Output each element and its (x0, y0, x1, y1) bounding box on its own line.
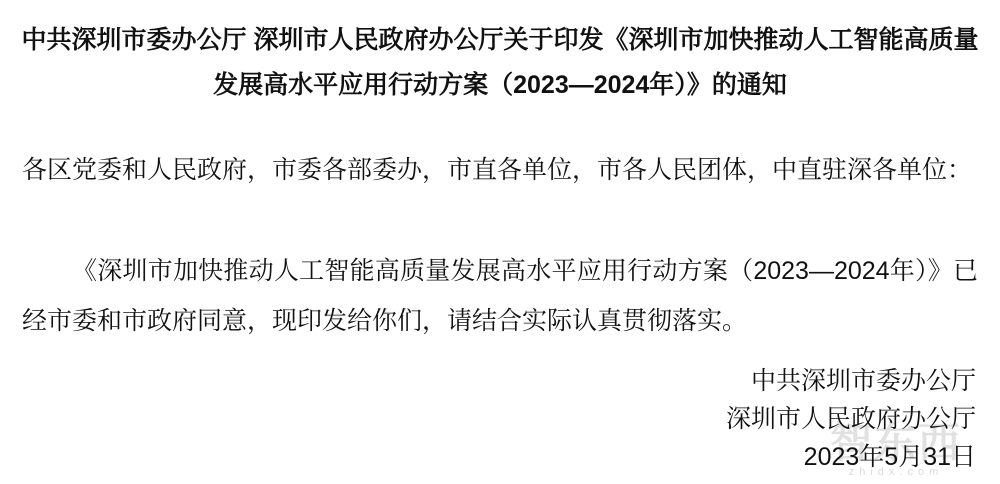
notice-title: 中共深圳市委办公厅 深圳市人民政府办公厅关于印发《深圳市加快推动人工智能高质量 … (0, 0, 1000, 108)
document-page: 智东西 zhidx.com 中共深圳市委办公厅 深圳市人民政府办公厅关于印发《深… (0, 0, 1000, 484)
notice-content: 中共深圳市委办公厅 深圳市人民政府办公厅关于印发《深圳市加快推动人工智能高质量 … (0, 0, 1000, 476)
body-paragraph: 《深圳市加快推动人工智能高质量发展高水平应用行动方案（2023—2024年）》已… (22, 246, 978, 346)
salutation-line: 各区党委和人民政府，市委各部委办，市直各单位，市各人民团体，中直驻深各单位： (22, 155, 978, 186)
title-line-1: 中共深圳市委办公厅 深圳市人民政府办公厅关于印发《深圳市加快推动人工智能高质量 (0, 18, 1000, 63)
signature-org-2: 深圳市人民政府办公厅 (0, 400, 976, 438)
signature-org-1: 中共深圳市委办公厅 (0, 362, 976, 400)
title-line-2: 发展高水平应用行动方案（2023—2024年）》的通知 (0, 63, 1000, 108)
signature-date: 2023年5月31日 (0, 438, 976, 476)
signature-block: 中共深圳市委办公厅 深圳市人民政府办公厅 2023年5月31日 (0, 362, 976, 476)
